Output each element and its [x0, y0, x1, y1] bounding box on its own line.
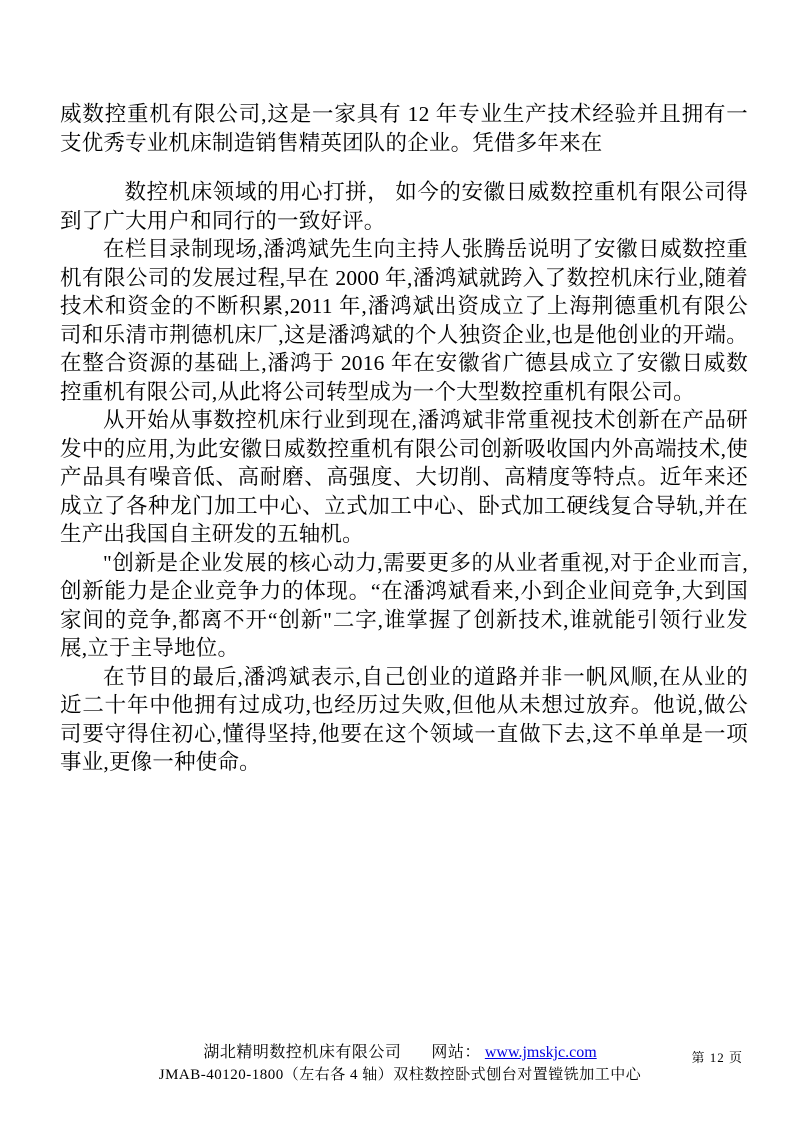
page-number: 第 12 页 — [691, 1047, 743, 1066]
document-body: 威数控重机有限公司,这是一家具有 12 年专业生产技术经验并且拥有一支优秀专业机… — [60, 100, 748, 777]
page-footer: 湖北精明数控机床有限公司网站：www.jmskjc.com JMAB-40120… — [0, 1041, 800, 1087]
footer-product-model: JMAB-40120-1800（左右各 4 轴）双柱数控卧式刨台对置镗铣加工中心 — [0, 1064, 800, 1087]
body-paragraph: 从开始从事数控机床行业到现在,潘鸿斌非常重视技术创新在产品研发中的应用,为此安徽… — [60, 406, 748, 549]
body-paragraph: 在节目的最后,潘鸿斌表示,自己创业的道路并非一帆风顺,在从业的近二十年中他拥有过… — [60, 663, 748, 777]
website-link[interactable]: www.jmskjc.com — [485, 1044, 597, 1061]
body-paragraph: 在栏目录制现场,潘鸿斌先生向主持人张腾岳说明了安徽日威数控重机有限公司的发展过程… — [60, 235, 748, 406]
footer-company-name: 湖北精明数控机床有限公司 — [203, 1044, 401, 1061]
body-paragraph: 威数控重机有限公司,这是一家具有 12 年专业生产技术经验并且拥有一支优秀专业机… — [60, 100, 748, 157]
body-paragraph: 数控机床领域的用心打拼， 如今的安徽日威数控重机有限公司得到了广大用户和同行的一… — [60, 178, 748, 235]
footer-company-line: 湖北精明数控机床有限公司网站：www.jmskjc.com — [0, 1041, 800, 1064]
document-page: 威数控重机有限公司,这是一家具有 12 年专业生产技术经验并且拥有一支优秀专业机… — [0, 0, 800, 1133]
body-paragraph: "创新是企业发展的核心动力,需要更多的从业者重视,对于企业而言,创新能力是企业竞… — [60, 549, 748, 663]
footer-website-label: 网站： — [431, 1044, 481, 1061]
